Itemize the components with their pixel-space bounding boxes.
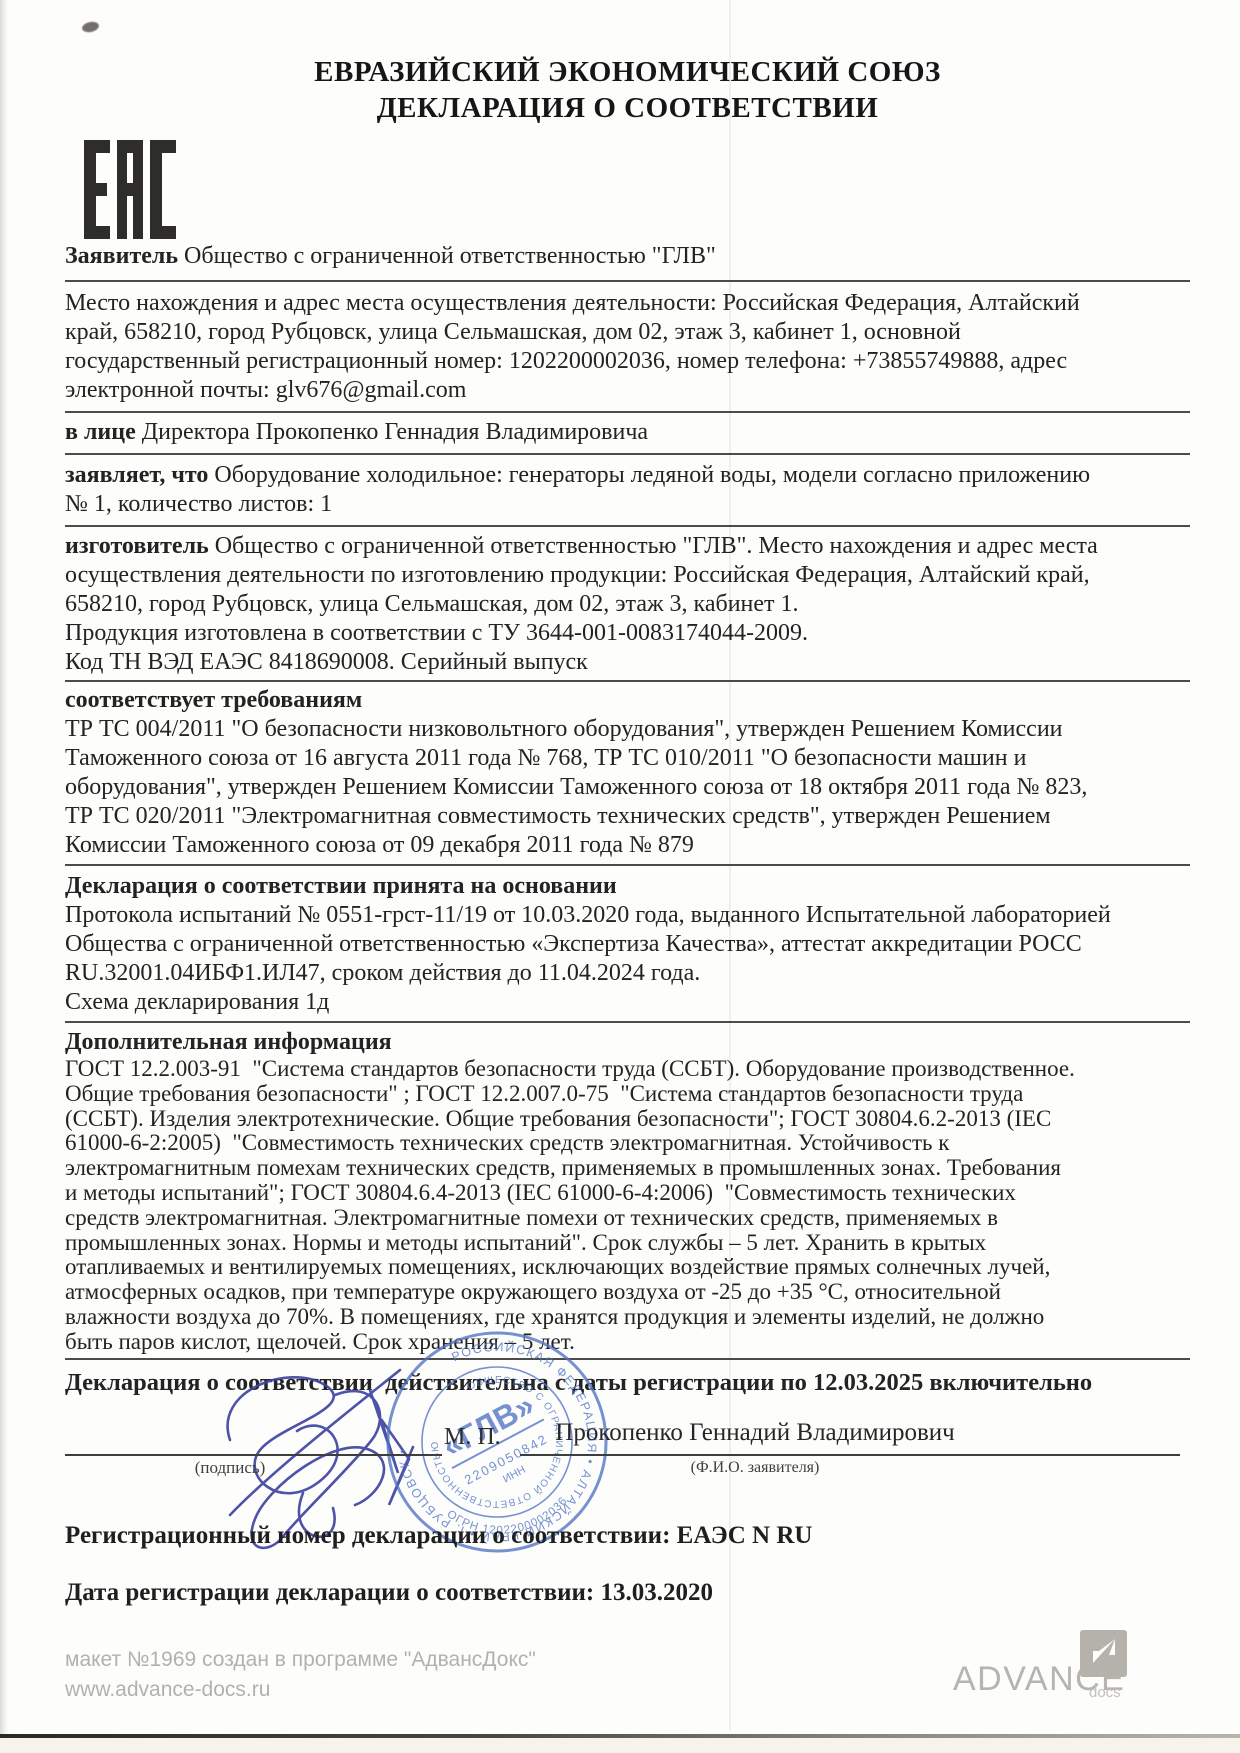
basis-heading: Декларация о соответствии принята на осн… <box>65 872 1190 901</box>
advance-docs-sub-label: docs <box>1089 1684 1121 1701</box>
document-body: ЕВРАЗИЙСКИЙ ЭКОНОМИЧЕСКИЙ СОЮЗ ДЕКЛАРАЦИ… <box>65 0 1190 1397</box>
applicant-address: Место нахождения и адрес места осуществл… <box>65 289 1190 405</box>
applicant-label: Заявитель <box>65 243 178 269</box>
scan-edge-shadow <box>0 0 9 1753</box>
registration-date-line: Дата регистрации декларации о соответств… <box>65 1579 713 1607</box>
section-address: Место нахождения и адрес места осуществл… <box>65 282 1190 413</box>
section-person: в лице Директора Прокопенко Геннадия Вла… <box>65 413 1190 455</box>
title-union: ЕВРАЗИЙСКИЙ ЭКОНОМИЧЕСКИЙ СОЮЗ <box>65 54 1190 90</box>
signature-line <box>65 1454 442 1456</box>
full-name-line <box>520 1454 1180 1456</box>
section-requirements: соответствует требованиям ТР ТС 004/2011… <box>65 682 1190 866</box>
stamp-place-label: М. П. <box>444 1424 501 1451</box>
requirements-heading: соответствует требованиям <box>65 686 1190 715</box>
full-name-caption: (Ф.И.О. заявителя) <box>520 1459 990 1477</box>
scan-bottom-margin <box>0 1738 1240 1753</box>
applicant-value: Общество с ограниченной ответственностью… <box>178 243 716 269</box>
basis-text: Протокола испытаний № 0551-грст-11/19 от… <box>65 901 1190 1017</box>
additional-heading: Дополнительная информация <box>65 1028 1190 1057</box>
person-label: в лице <box>65 419 136 445</box>
additional-text: ГОСТ 12.2.003-91 "Система стандартов без… <box>65 1057 1190 1355</box>
section-additional-info: Дополнительная информация ГОСТ 12.2.003-… <box>65 1023 1190 1360</box>
applicant-full-name: Прокопенко Геннадий Владимирович <box>520 1419 990 1447</box>
declares-label: заявляет, что <box>65 462 208 488</box>
section-manufacturer: изготовитель Общество с ограниченной отв… <box>65 527 1190 682</box>
declaration-document-page: ЕВРАЗИЙСКИЙ ЭКОНОМИЧЕСКИЙ СОЮЗ ДЕКЛАРАЦИ… <box>0 0 1240 1753</box>
requirements-text: ТР ТС 004/2011 "О безопасности низковоль… <box>65 715 1190 860</box>
title-declaration: ДЕКЛАРАЦИЯ О СООТВЕТСТВИИ <box>65 90 1190 126</box>
section-applicant: Заявитель Общество с ограниченной ответс… <box>65 240 1190 282</box>
advance-docs-logo-icon <box>1079 1629 1128 1678</box>
footer-site-url: www.advance-docs.ru <box>65 1678 270 1702</box>
registration-number-line: Регистрационный номер декларации о соотв… <box>65 1522 812 1550</box>
manufacturer-label: изготовитель <box>65 533 209 559</box>
manufacturer-value: Общество с ограниченной ответственностью… <box>65 533 1098 675</box>
footer-template-note: макет №1969 создан в программе "АдвансДо… <box>65 1648 536 1672</box>
document-title: ЕВРАЗИЙСКИЙ ЭКОНОМИЧЕСКИЙ СОЮЗ ДЕКЛАРАЦИ… <box>65 54 1190 126</box>
section-basis: Декларация о соответствии принята на осн… <box>65 866 1190 1023</box>
product-description: Оборудование холодильное: генераторы лед… <box>65 462 1090 517</box>
person-value: Директора Прокопенко Геннадия Владимиров… <box>136 419 648 445</box>
section-declares: заявляет, что Оборудование холодильное: … <box>65 455 1190 527</box>
signature-caption: (подпись) <box>130 1458 330 1478</box>
